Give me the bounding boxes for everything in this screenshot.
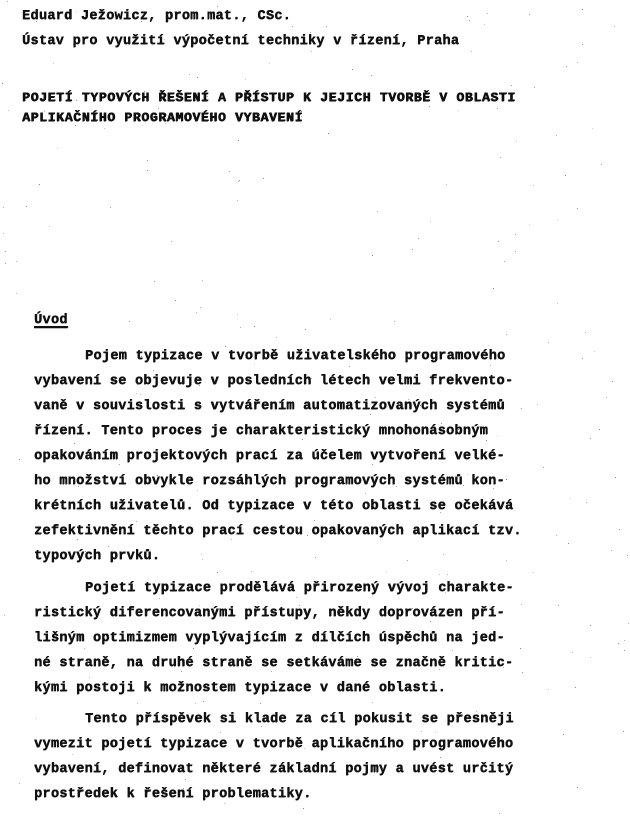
paragraph-line: opakováním projektových prací za účelem … bbox=[34, 449, 505, 465]
paragraph-line: Pojetí typizace prodělává přirozený vývo… bbox=[85, 581, 514, 597]
paragraph-line: né straně, na druhé straně se setkáváme … bbox=[34, 656, 513, 672]
paragraph-line: Pojem typizace v tvorbě uživatelského pr… bbox=[85, 349, 505, 365]
paragraph-line: ristický diferencovanými přístupy, někdy… bbox=[34, 606, 505, 622]
paragraph-line: ho množství obvykle rozsáhlých programov… bbox=[34, 474, 505, 490]
paragraph-line: zefektivnění těchto prací cestou opakova… bbox=[34, 524, 522, 540]
paragraph-line: kými postoji k možnostem typizace v dané… bbox=[34, 681, 446, 697]
paragraph-line: vaně v souvislosti s vytvářením automati… bbox=[34, 399, 505, 415]
paragraph-line: řízení. Tento proces je charakteristický… bbox=[34, 424, 488, 440]
paragraph-line: vybavení se objevuje v posledních létech… bbox=[34, 374, 513, 390]
paragraph-line: vymezit pojetí typizace v tvorbě aplikač… bbox=[34, 737, 513, 753]
section-heading: Úvod bbox=[34, 313, 68, 329]
paper-title-line-2: APLIKAČNÍHO PROGRAMOVÉHO VYBAVENÍ bbox=[22, 110, 303, 126]
paragraph-line: krétních uživatelů. Od typizace v této o… bbox=[34, 499, 513, 515]
paragraph-line: Tento příspěvek si klade za cíl pokusit … bbox=[85, 712, 514, 728]
author-name: Eduard Ježowicz, prom.mat., CSc. bbox=[22, 9, 291, 25]
author-affiliation: Ústav pro využití výpočetní techniky v ř… bbox=[22, 34, 459, 50]
paragraph-line: prostředek k řešení problematiky. bbox=[34, 787, 311, 803]
paragraph-line: lišným optimizmem vyplývajícím z dílčích… bbox=[34, 631, 505, 647]
paper-title-line-1: POJETÍ TYPOVÝCH ŘEŠENÍ A PŘÍSTUP K JEJIC… bbox=[22, 90, 516, 106]
paragraph-line: vybavení, definovat některé základní poj… bbox=[34, 762, 513, 778]
paragraph-line: typových prvků. bbox=[34, 549, 160, 565]
